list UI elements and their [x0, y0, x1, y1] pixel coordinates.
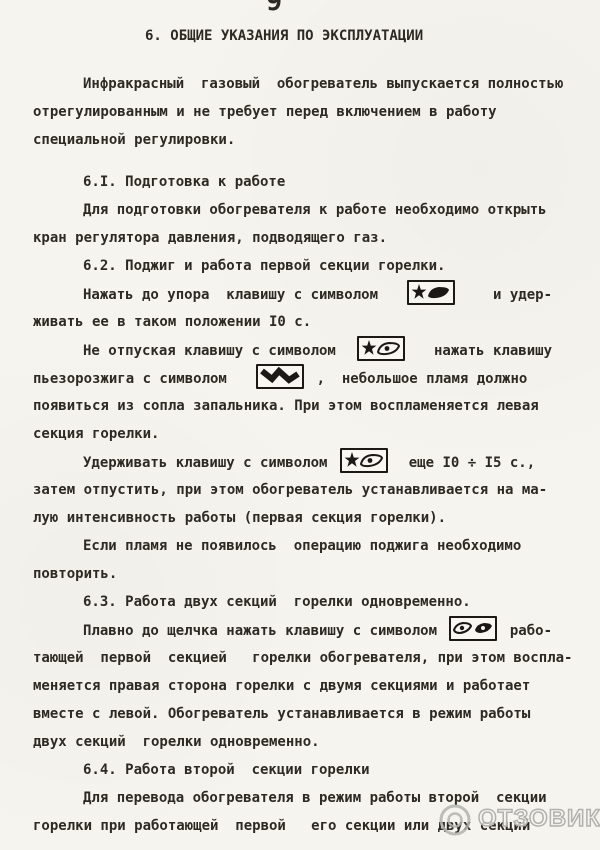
para-6-2-line-9: лую интенсивность работы (первая секция …: [33, 504, 582, 532]
text-segment: нажать клавишу: [409, 343, 552, 359]
piezo-igniter-key-icon: [256, 364, 304, 389]
spark-star-shape: [344, 452, 359, 467]
para-6-2-line-5: появиться из сопла запальника. При этом …: [33, 392, 582, 420]
page-number: 9: [266, 0, 282, 17]
text-segment: Нажать до упора клавишу с символом: [83, 287, 403, 303]
heading-6-4: 6.4. Работа второй секции горелки: [33, 756, 582, 784]
para-6-2-line-7: Удерживать клавишу с символом еще I0 ÷ I…: [33, 448, 582, 476]
para-6-3-line-1: Плавно до щелчка нажать клавишу с символ…: [33, 616, 582, 644]
intro-line-2: отрегулированным и не требует перед вклю…: [33, 98, 582, 126]
para-6-2-line-11: повторить.: [33, 560, 582, 588]
para-6-3-line-4: вместе с левой. Обогреватель устанавлива…: [33, 700, 582, 728]
intro-line-1: Инфракрасный газовый обогреватель выпуск…: [33, 70, 582, 98]
flame-dot-right: [481, 626, 485, 630]
para-6-3-line-3: меняется правая сторона горелки с двумя …: [33, 672, 582, 700]
first-section-key-star-flame-icon: [357, 336, 405, 361]
para-6-2-line-4: пьезорозжига с символом , небольшое плам…: [33, 364, 582, 392]
flame-dot-left: [460, 626, 464, 630]
otzovik-watermark: ОТЗОВИК: [436, 800, 600, 838]
para-6-2-line-1: Нажать до упора клавишу с символом и уде…: [33, 280, 582, 308]
para-6-2-line-3: Не отпуская клавишу с символом нажать кл…: [33, 336, 582, 364]
text-segment: и удер-: [459, 287, 552, 303]
spark-star-shape: [361, 340, 376, 355]
text-segment: Не отпуская клавишу с символом: [83, 343, 353, 359]
text-segment: еще I0 ÷ I5 с.,: [392, 455, 535, 471]
watermark-label: ОТЗОВИК: [478, 805, 600, 833]
spark-star-shape: [412, 284, 427, 299]
text-segment: Удерживать клавишу с символом: [83, 455, 336, 471]
para-6-1-line-1: Для подготовки обогревателя к работе нео…: [33, 196, 582, 224]
para-6-2-line-10: Если пламя не появилось операцию поджига…: [33, 532, 582, 560]
text-segment: Плавно до щелчка нажать клавишу с символ…: [83, 623, 445, 639]
section-title: 6. ОБЩИЕ УКАЗАНИЯ ПО ЭКСПЛУАТАЦИИ: [33, 22, 582, 50]
para-6-1-line-2: кран регулятора давления, подводящего га…: [33, 224, 582, 252]
para-6-2-line-6: секция горелки.: [33, 420, 582, 448]
two-sections-key-double-flame-icon: [449, 616, 497, 641]
text-segment: рабо-: [501, 623, 552, 639]
para-6-3-line-2: тающей первой секцией горелки обогревате…: [33, 644, 582, 672]
first-section-key-star-flame-icon: [407, 280, 455, 305]
first-section-key-star-flame-icon: [340, 448, 388, 473]
flame-dot: [384, 346, 389, 351]
flame-shape: [428, 287, 449, 298]
spark-zigzag-shape: [262, 371, 298, 380]
heading-6-2: 6.2. Поджиг и работа первой секции горел…: [33, 252, 582, 280]
intro-line-3: специальной регулировки.: [33, 126, 582, 154]
text-segment: , небольшое пламя должно: [308, 371, 527, 387]
para-6-2-line-2: живать ее в таком положении I0 с.: [33, 308, 582, 336]
otzovik-ring-logo-icon: [436, 800, 474, 838]
text-segment: пьезорозжига с символом: [33, 371, 252, 387]
flame-dot: [367, 458, 372, 463]
document-page: 6. ОБЩИЕ УКАЗАНИЯ ПО ЭКСПЛУАТАЦИИ Инфрак…: [0, 22, 600, 840]
para-6-2-line-8: затем отпустить, при этом обогреватель у…: [33, 476, 582, 504]
heading-6-1: 6.I. Подготовка к работе: [33, 168, 582, 196]
para-6-3-line-5: двух секций горелки одновременно.: [33, 728, 582, 756]
heading-6-3: 6.3. Работа двух секций горелки одноврем…: [33, 588, 582, 616]
